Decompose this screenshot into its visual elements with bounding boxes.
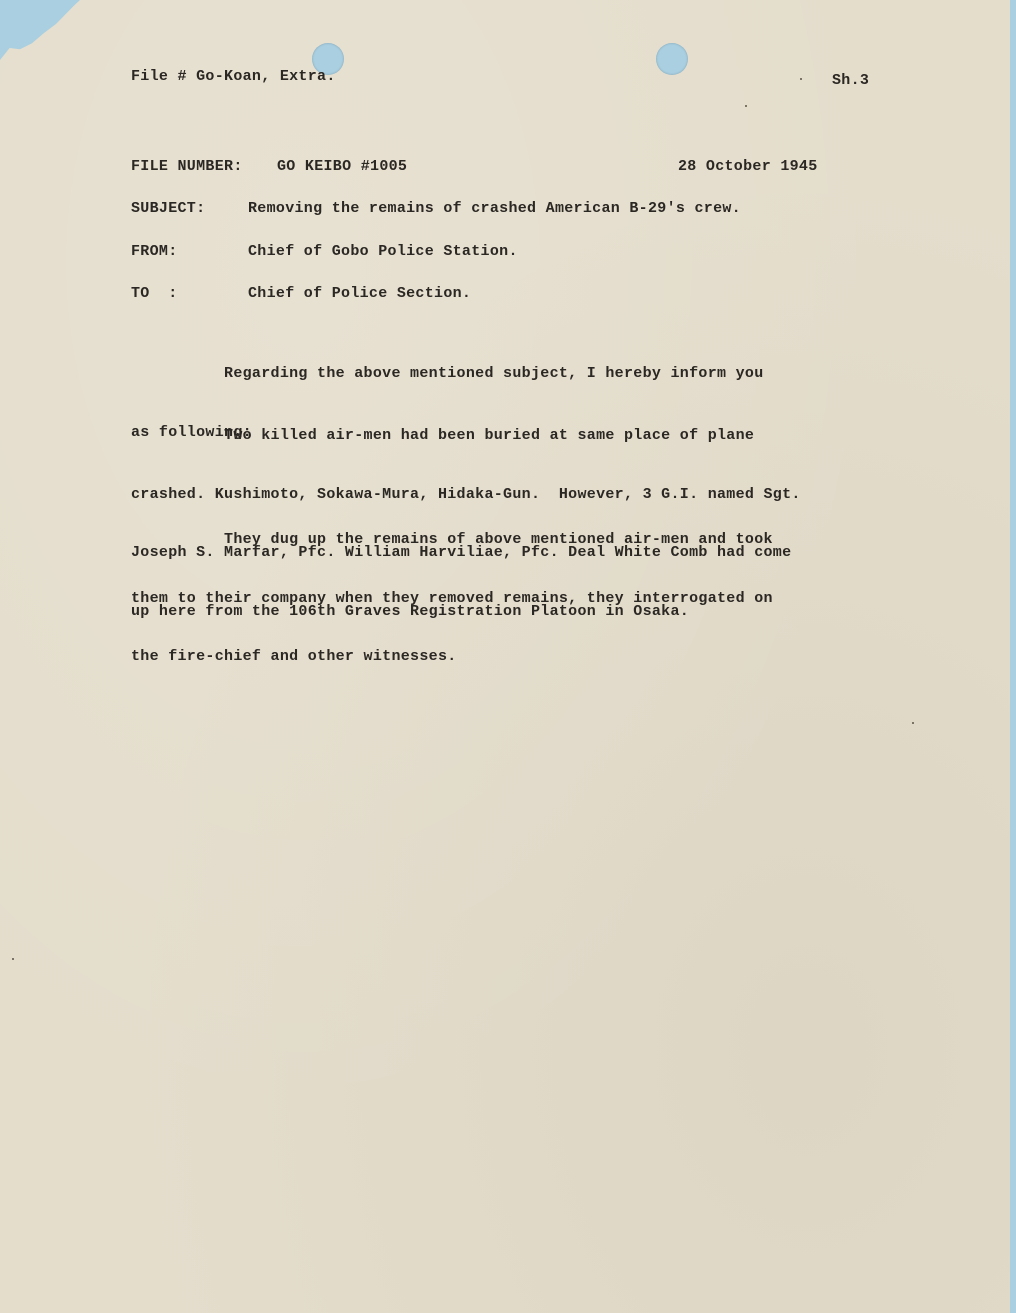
paper-speck (12, 958, 14, 960)
subject-value: Removing the remains of crashed American… (248, 200, 741, 217)
paragraph-line: They dug up the remains of above mention… (131, 530, 773, 550)
paragraph-line: Regarding the above mentioned subject, I… (131, 364, 764, 384)
sheet-number: Sh.3 (832, 72, 869, 89)
from-label: FROM: (131, 243, 178, 260)
paragraph-line: the fire-chief and other witnesses. (131, 647, 773, 667)
scan-background-edge (1010, 0, 1016, 1313)
punch-hole-right (656, 43, 688, 75)
paper-speck (745, 105, 747, 107)
file-number-label: FILE NUMBER: (131, 158, 243, 175)
paper-speck (912, 722, 914, 724)
paragraph-line: them to their company when they removed … (131, 589, 773, 609)
body-paragraph-3: They dug up the remains of above mention… (131, 491, 773, 706)
from-value: Chief of Gobo Police Station. (248, 243, 518, 260)
paragraph-line: Two killed air-men had been buried at sa… (131, 426, 801, 446)
subject-label: SUBJECT: (131, 200, 205, 217)
memo-date: 28 October 1945 (678, 158, 818, 175)
file-number-value: GO KEIBO #1005 (277, 158, 407, 175)
to-value: Chief of Police Section. (248, 285, 471, 302)
paper-speck (800, 78, 802, 80)
to-label: TO : (131, 285, 178, 302)
document-page: File # Go-Koan, Extra. Sh.3 FILE NUMBER:… (0, 0, 1010, 1313)
file-reference: File # Go-Koan, Extra. (131, 68, 336, 85)
torn-corner (0, 0, 80, 60)
